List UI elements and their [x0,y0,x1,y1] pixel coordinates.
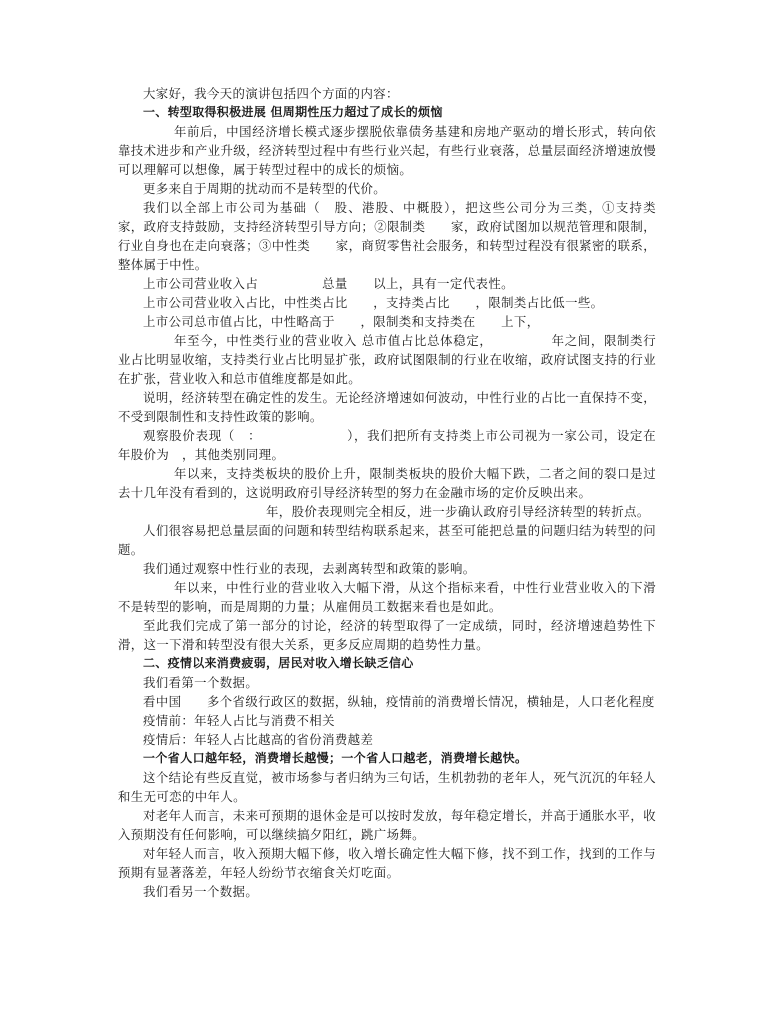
paragraph: 看中国 多个省级行政区的数据，纵轴，疫情前的消费增长情况，横轴是，人口老化程度 [118,692,656,711]
paragraph: 上市公司营业收入占比，中性类占比 ，支持类占比 ，限制类占比低一些。 [118,293,656,312]
paragraph: 这个结论有些反直觉，被市场参与者归纳为三句话，生机勃勃的老年人，死气沉沉的年轻人… [118,768,656,806]
paragraph: 人们很容易把总量层面的问题和转型结构联系起来，甚至可能把总量的问题归结为转型的问… [118,521,656,559]
section-heading-2: 二、疫情以来消费疲弱，居民对收入增长缺乏信心 [118,654,656,673]
paragraph: 年以来，支持类板块的股价上升，限制类板块的股价大幅下跌，二者之间的裂口是过去十几… [118,464,656,502]
paragraph: 年前后，中国经济增长模式逐步摆脱依靠债务基建和房地产驱动的增长形式，转向依靠技术… [118,122,656,179]
paragraph: 对老年人而言，未来可预期的退休金是可以按时发放，每年稳定增长，并高于通胀水平，收… [118,806,656,844]
paragraph: 观察股价表现（ ： ），我们把所有支持类上市公司视为一家公司，设定在 年股价为 … [118,426,656,464]
bold-conclusion: 一个省人口越年轻，消费增长越慢；一个省人口越老，消费增长越快。 [118,749,656,768]
paragraph: 年以来，中性行业的营业收入大幅下滑，从这个指标来看，中性行业营业收入的下滑不是转… [118,578,656,616]
paragraph: 年，股价表现则完全相反，进一步确认政府引导经济转型的转折点。 [118,502,656,521]
paragraph: 对年轻人而言，收入预期大幅下修，收入增长确定性大幅下修，找不到工作，找到的工作与… [118,844,656,882]
paragraph: 疫情前：年轻人占比与消费不相关 [118,711,656,730]
paragraph: 上市公司总市值占比，中性略高于 ，限制类和支持类在 上下， [118,312,656,331]
paragraph: 我们看另一个数据。 [118,882,656,901]
paragraph: 更多来自于周期的扰动而不是转型的代价。 [118,179,656,198]
paragraph: 疫情后：年轻人占比越高的省份消费越差 [118,730,656,749]
intro-paragraph: 大家好，我今天的演讲包括四个方面的内容： [118,84,656,103]
paragraph: 说明，经济转型在确定性的发生。无论经济增速如何波动，中性行业的占比一直保持不变，… [118,388,656,426]
paragraph: 我们看第一个数据。 [118,673,656,692]
section-heading-1: 一、转型取得积极进展 但周期性压力超过了成长的烦恼 [118,103,656,122]
paragraph: 上市公司营业收入占 总量 以上，具有一定代表性。 [118,274,656,293]
paragraph: 我们通过观察中性行业的表现，去剥离转型和政策的影响。 [118,559,656,578]
paragraph: 至此我们完成了第一部分的讨论，经济的转型取得了一定成绩，同时，经济增速趋势性下滑… [118,616,656,654]
paragraph: 年至今，中性类行业的营业收入 总市值占比总体稳定， 年之间，限制类行业占比明显收… [118,331,656,388]
paragraph: 我们以全部上市公司为基础（ 股、港股、中概股），把这些公司分为三类，①支持类 家… [118,198,656,274]
document-page: 大家好，我今天的演讲包括四个方面的内容： 一、转型取得积极进展 但周期性压力超过… [118,84,656,901]
